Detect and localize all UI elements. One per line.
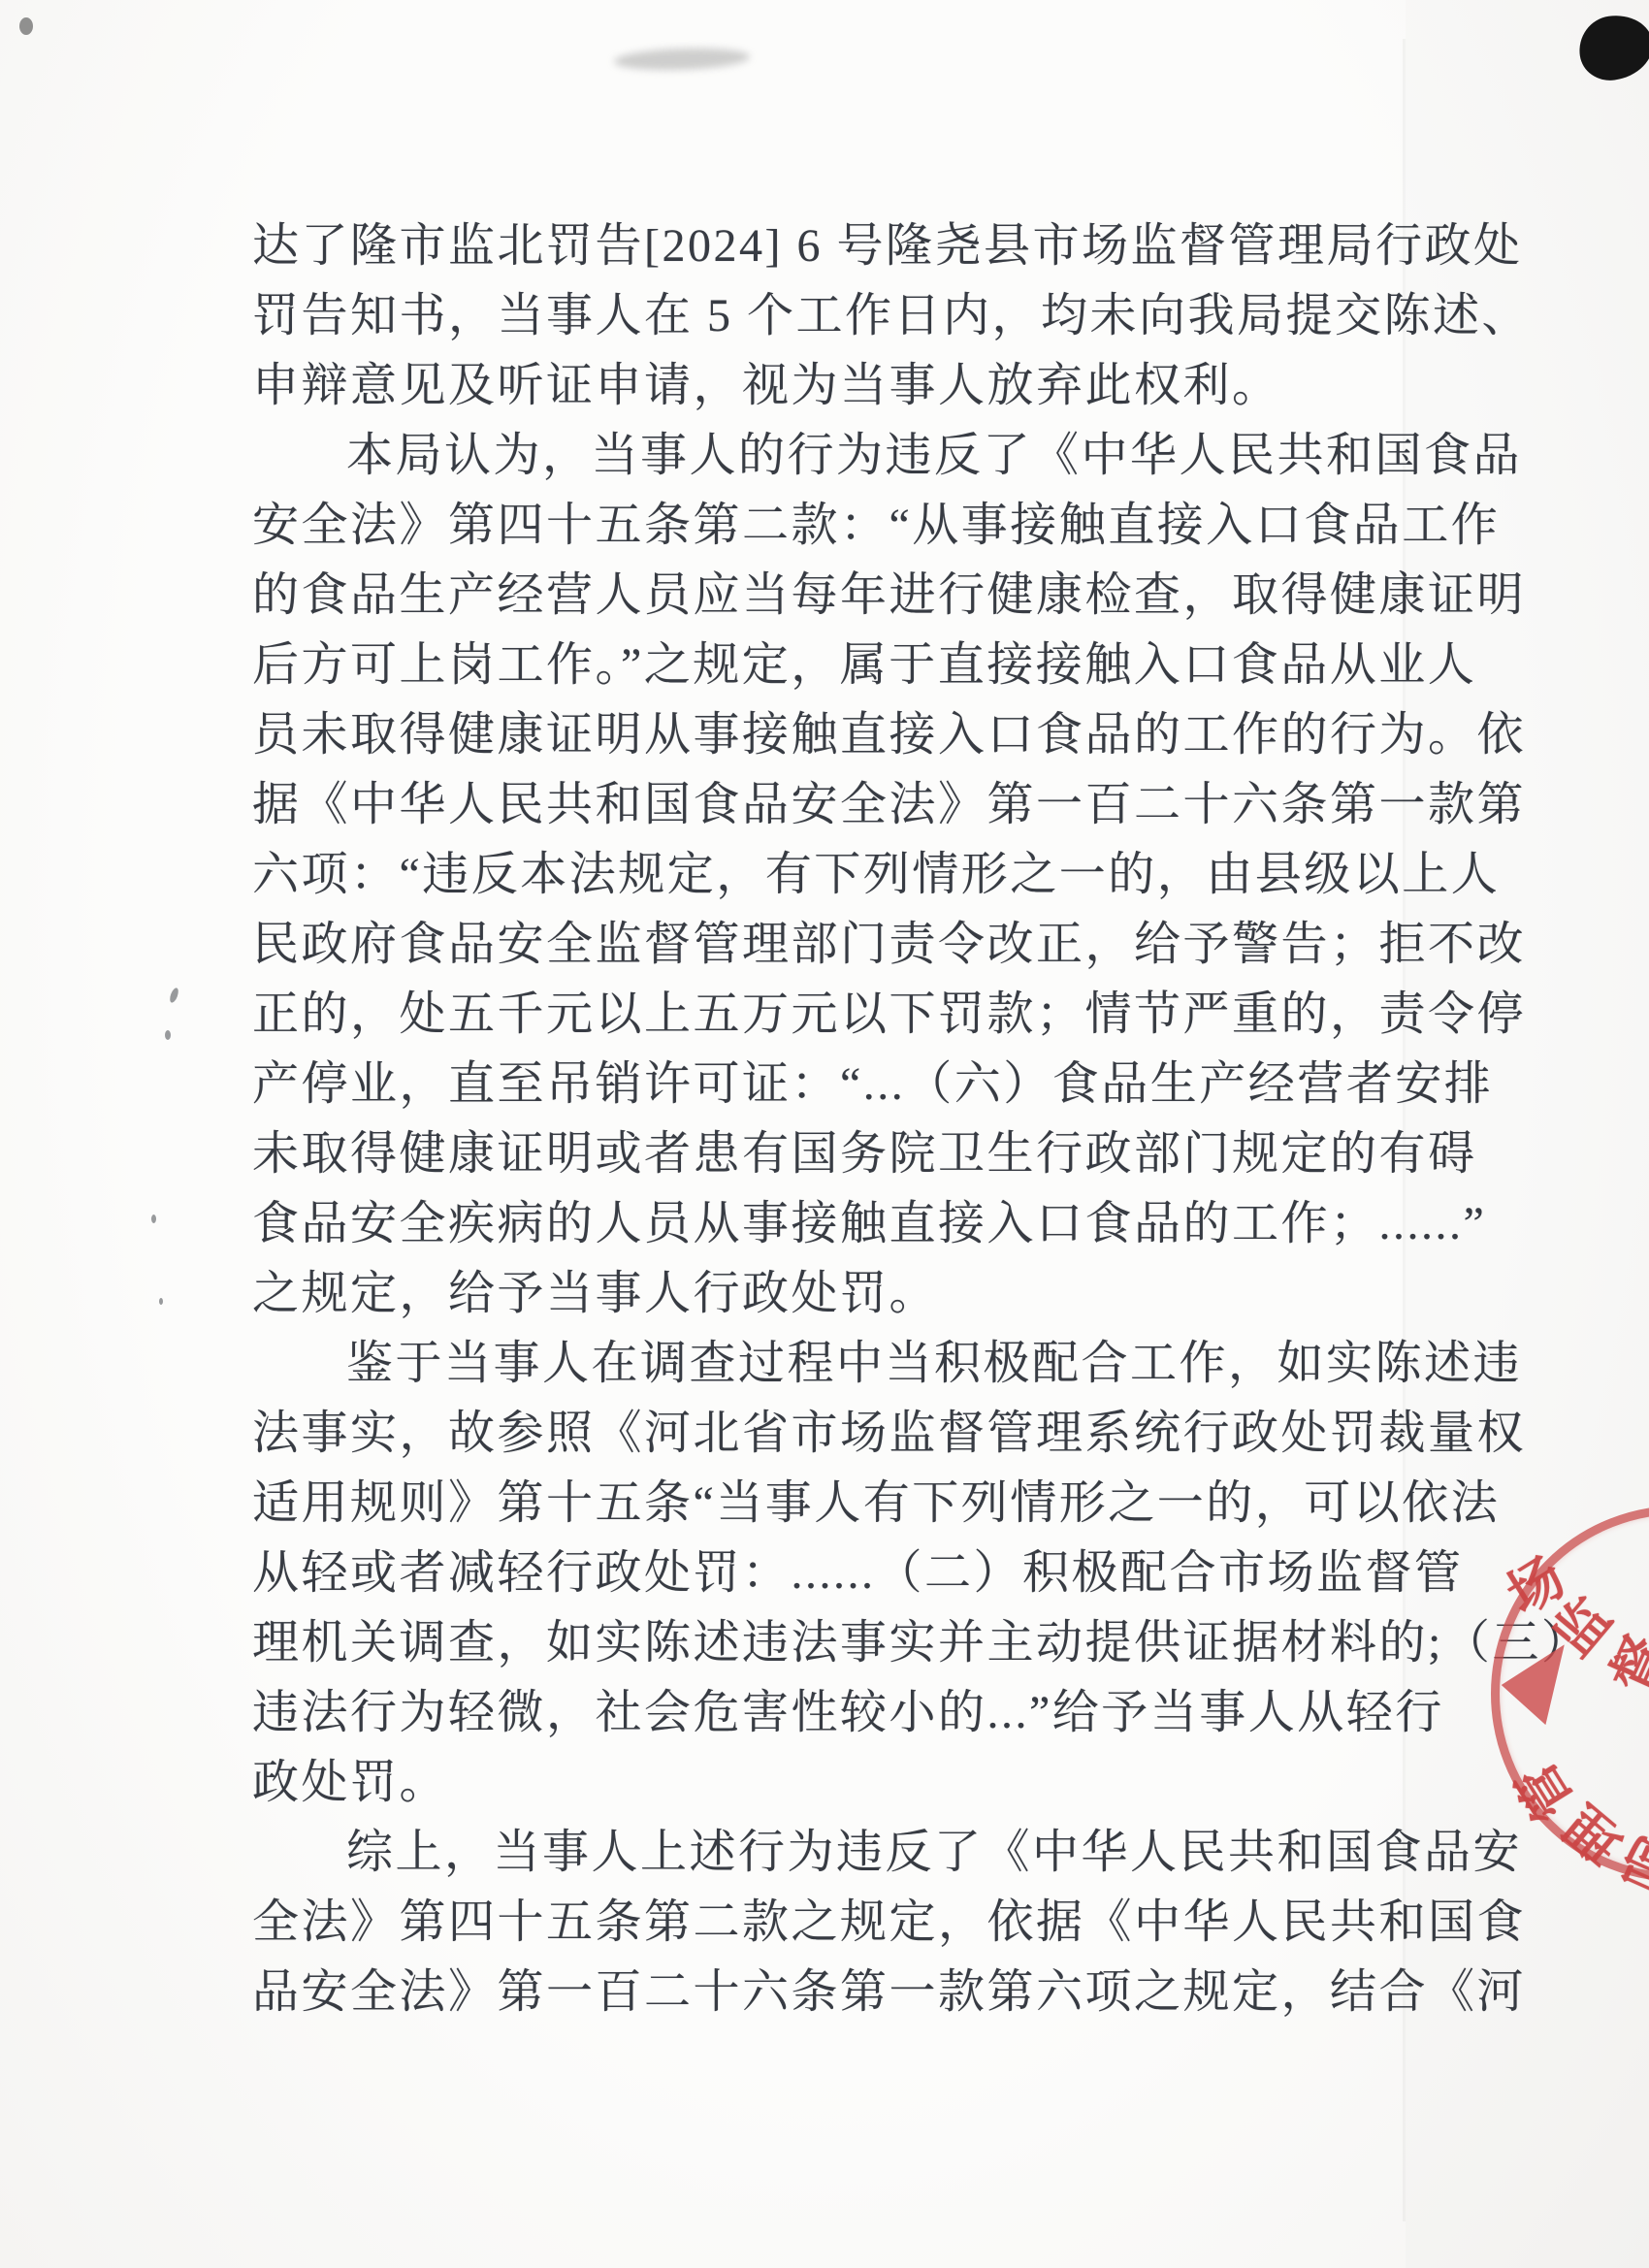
text-line: 罚告知书，当事人在 5 个工作日内，均未向我局提交陈述、 xyxy=(252,281,1557,351)
text-line: 理机关调查，如实陈述违法事实并主动提供证据材料的;（三） xyxy=(252,1608,1557,1678)
text-line: 据《中华人民共和国食品安全法》第一百二十六条第一款第 xyxy=(252,770,1557,840)
text-line: 政处罚。 xyxy=(252,1748,1557,1818)
text-line: 本局认为，当事人的行为违反了《中华人民共和国食品 xyxy=(252,421,1557,491)
text-line: 综上，当事人上述行为违反了《中华人民共和国食品安 xyxy=(252,1818,1557,1888)
text-line: 产停业，直至吊销许可证：“...（六）食品生产经营者安排 xyxy=(252,1050,1557,1119)
text-line: 法事实，故参照《河北省市场监督管理系统行政处罚裁量权 xyxy=(252,1399,1557,1469)
scan-speck xyxy=(165,1030,171,1040)
text-line: 从轻或者减轻行政处罚：......（二）积极配合市场监督管 xyxy=(252,1539,1557,1608)
text-line: 后方可上岗工作。”之规定，属于直接接触入口食品从业人 xyxy=(252,631,1557,700)
gray-smudge-mark xyxy=(614,47,751,73)
text-line: 违法行为轻微，社会危害性较小的...”给予当事人从轻行 xyxy=(252,1678,1557,1748)
text-line: 品安全法》第一百二十六条第一款第六项之规定，结合《河 xyxy=(252,1958,1557,2027)
scan-speck xyxy=(168,987,179,1003)
text-line: 食品安全疾病的人员从事接触直接入口食品的工作；......” xyxy=(252,1189,1557,1259)
text-line: 申辩意见及听证申请，视为当事人放弃此权利。 xyxy=(252,351,1557,421)
text-line: 之规定，给予当事人行政处罚。 xyxy=(252,1259,1557,1329)
text-line: 未取得健康证明或者患有国务院卫生行政部门规定的有碍 xyxy=(252,1119,1557,1189)
text-line: 鉴于当事人在调查过程中当积极配合工作，如实陈述违 xyxy=(252,1329,1557,1399)
text-line: 全法》第四十五条第二款之规定，依据《中华人民共和国食 xyxy=(252,1888,1557,1958)
text-line: 正的，处五千元以上五万元以下罚款；情节严重的，责令停 xyxy=(252,980,1557,1050)
scan-edge-band xyxy=(1406,0,1649,2268)
text-line: 民政府食品安全监督管理部门责令改正，给予警告；拒不改 xyxy=(252,910,1557,980)
scan-speck xyxy=(159,1298,163,1305)
text-line: 六项：“违反本法规定，有下列情形之一的，由县级以上人 xyxy=(252,840,1557,910)
text-line: 安全法》第四十五条第二款：“从事接触直接入口食品工作 xyxy=(252,491,1557,561)
document-page: 达了隆市监北罚告[2024] 6 号隆尧县市场监督管理局行政处罚告知书，当事人在… xyxy=(0,0,1649,2268)
document-body: 达了隆市监北罚告[2024] 6 号隆尧县市场监督管理局行政处罚告知书，当事人在… xyxy=(252,211,1557,2027)
text-line: 员未取得健康证明从事接触直接入口食品的工作的行为。依 xyxy=(252,700,1557,770)
text-line: 达了隆市监北罚告[2024] 6 号隆尧县市场监督管理局行政处 xyxy=(252,211,1557,281)
scan-speck xyxy=(151,1215,156,1223)
scan-speck xyxy=(19,17,33,35)
text-line: 的食品生产经营人员应当每年进行健康检查，取得健康证明 xyxy=(252,561,1557,631)
text-line: 适用规则》第十五条“当事人有下列情形之一的，可以依法 xyxy=(252,1469,1557,1539)
text-lines: 达了隆市监北罚告[2024] 6 号隆尧县市场监督管理局行政处罚告知书，当事人在… xyxy=(252,211,1557,2027)
